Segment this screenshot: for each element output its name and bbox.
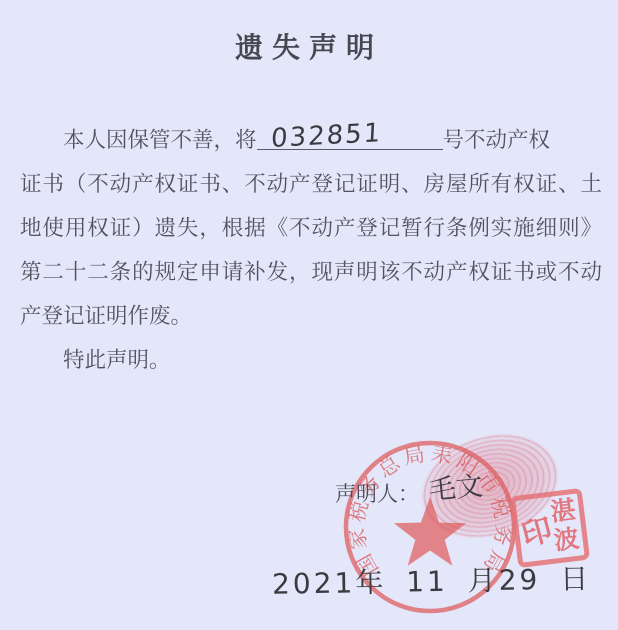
body-line-3: 地使用权证）遗失，根据《不动产登记暂行条例实施细则》 [20,206,602,250]
body-line-1: 本人因保管不善，将032851号不动产权 [20,118,602,162]
certificate-number-handwritten: 032851 [270,120,382,152]
declarant-signature-handwritten: 毛文 [427,464,484,508]
square-name-seal: 印 湛 波 [510,488,590,568]
signature-row: 声明人：毛文 [335,470,483,509]
body-line-4: 第二十二条的规定申请补发，现声明该不动产权证书或不动 [20,250,602,294]
certificate-number-blank: 032851 [257,122,443,150]
date-handwritten: 2021年 11 月29 日 [272,557,592,603]
loss-declaration-document: { "page": { "background_color": "#e4e6f9… [0,0,618,630]
body-line-5: 产登记证明作废。 [20,294,602,338]
body-line-1-prefix: 本人因保管不善，将 [63,128,257,152]
body-line-2: 证书（不动产权证书、不动产登记证明、房屋所有权证、土 [20,162,602,206]
declaration-body: 本人因保管不善，将032851号不动产权 证书（不动产权证书、不动产登记证明、房… [20,118,602,382]
page-title: 遗失声明 [0,26,618,66]
closing-statement: 特此声明。 [20,338,602,382]
square-seal-right-top-char: 湛 [549,497,577,527]
declarant-label: 声明人： [335,482,419,506]
body-line-1-suffix: 号不动产权 [443,128,551,152]
